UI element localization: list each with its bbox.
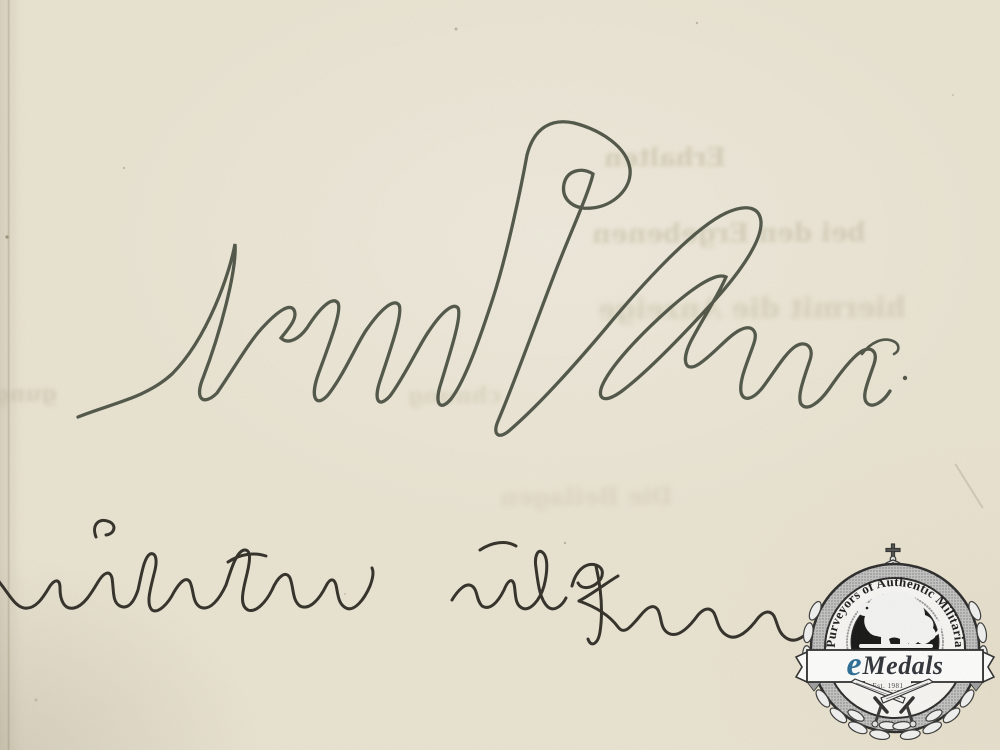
document-scan: Erhalten bei den Ergebenen hiermit die A…	[0, 0, 1000, 750]
handwriting-line	[0, 520, 866, 644]
brand-text: eMedals	[846, 646, 943, 683]
signature-handwriting	[78, 122, 907, 435]
emedals-watermark-seal: Purveyors of Authentic Militaria	[795, 540, 995, 740]
